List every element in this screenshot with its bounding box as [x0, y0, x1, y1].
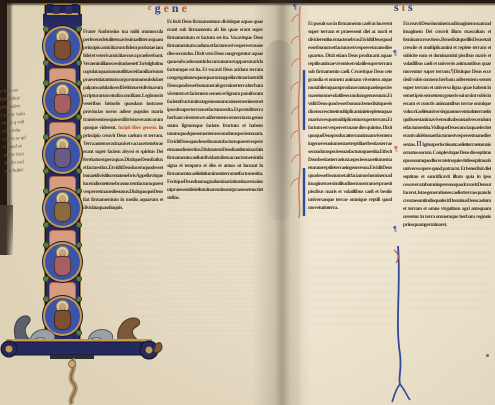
leaf-ornament: [43, 80, 49, 86]
creation-medallion: [44, 80, 81, 120]
running-title-letter: s: [394, 0, 400, 14]
leaf-ornament: [76, 276, 82, 282]
rubric-incipit: Incipit liber genesis.: [116, 125, 158, 131]
leaf-ornament: [43, 114, 49, 120]
genesis-text: Et fecit Deus firmamentum divisitque aqu…: [167, 19, 263, 201]
genesis-text: Dixitque Deus ecce dedi vobis omnem herb…: [403, 69, 491, 148]
leaf-ornament: [43, 168, 49, 174]
foot-crossbar: [50, 355, 94, 359]
running-title-letter: s: [408, 0, 414, 14]
paraph-mark: ¶: [393, 50, 397, 57]
leaf-ornament: [76, 242, 82, 248]
left-page-column-1: Frater Ambrosius tua mihi munuscula perf…: [83, 28, 163, 320]
manuscript-photo: cgene sis si itum est translatioe sine v…: [0, 0, 495, 405]
running-title-letter: g: [155, 1, 162, 15]
running-title-letter: i: [402, 0, 406, 14]
dragon-icon: [14, 316, 30, 340]
medallion-figure: [54, 40, 71, 60]
running-title-letter: e: [182, 1, 188, 15]
creation-medallion: [44, 134, 81, 174]
leaf-ornament: [76, 188, 82, 194]
pen-flourish-cascade: [290, 2, 310, 220]
hound-icon: [30, 329, 55, 340]
genesis-text: In principio creavit Deus caelum et terr…: [83, 125, 163, 211]
leaf-ornament: [76, 222, 82, 228]
creation-medallion: [44, 26, 81, 66]
dragon-icon: [118, 318, 140, 340]
red-flourish-tick: [394, 250, 398, 263]
leaf-ornament: [76, 134, 82, 140]
leaf-ornament: [43, 276, 49, 282]
hound-icon: [88, 329, 113, 340]
leaf-ornament: [76, 168, 82, 174]
photo-edge-left-fade: [0, 205, 13, 255]
leaf-ornament: [76, 80, 82, 86]
paraph-mark: ¶: [393, 226, 397, 233]
medallion-figure: [54, 94, 71, 114]
medallion-figure: [54, 202, 71, 222]
blue-descender-flourish: [390, 244, 418, 404]
leaf-ornament: [43, 222, 49, 228]
leaf-ornament: [43, 242, 49, 248]
running-title-letter: n: [172, 1, 180, 15]
medallion-figure: [54, 256, 71, 276]
genesis-text: Et posuit eas in firmamento caeli ut luc…: [308, 21, 392, 211]
running-title-right: sis: [394, 0, 414, 14]
creation-medallion: [44, 242, 81, 282]
genesis-text: Igitur perfecti sunt caeli et terra et o…: [403, 142, 491, 228]
leaf-ornament: [76, 60, 82, 66]
foot-bar: [6, 342, 152, 355]
leaf-ornament: [76, 26, 82, 32]
leaf-ornament: [76, 114, 82, 120]
running-title-left: cgene: [148, 1, 188, 15]
ink-speck: [486, 354, 489, 357]
creation-medallion: [44, 188, 81, 228]
left-page-column-2: Et fecit Deus firmamentum divisitque aqu…: [167, 18, 263, 332]
climbing-figure-head: [69, 361, 76, 368]
medallion-figure: [54, 148, 71, 168]
genesis-text: Et creavit Deus hominem ad imaginem suam…: [403, 21, 491, 75]
running-title-letter: c: [148, 1, 153, 15]
running-title-letter: e: [164, 1, 170, 15]
paraph-mark: ¶: [394, 146, 398, 153]
right-page-column-1: Et posuit eas in firmamento caeli ut luc…: [308, 20, 392, 332]
leaf-ornament: [43, 26, 49, 32]
gutter-stain: [266, 40, 292, 220]
leaf-ornament: [43, 134, 49, 140]
paraph-mark: ¶: [293, 4, 297, 11]
prologue-text: Frater Ambrosius tua mihi munuscula perf…: [83, 29, 163, 131]
leaf-ornament: [43, 60, 49, 66]
leaf-ornament: [43, 188, 49, 194]
initial-canopy: [43, 4, 82, 26]
